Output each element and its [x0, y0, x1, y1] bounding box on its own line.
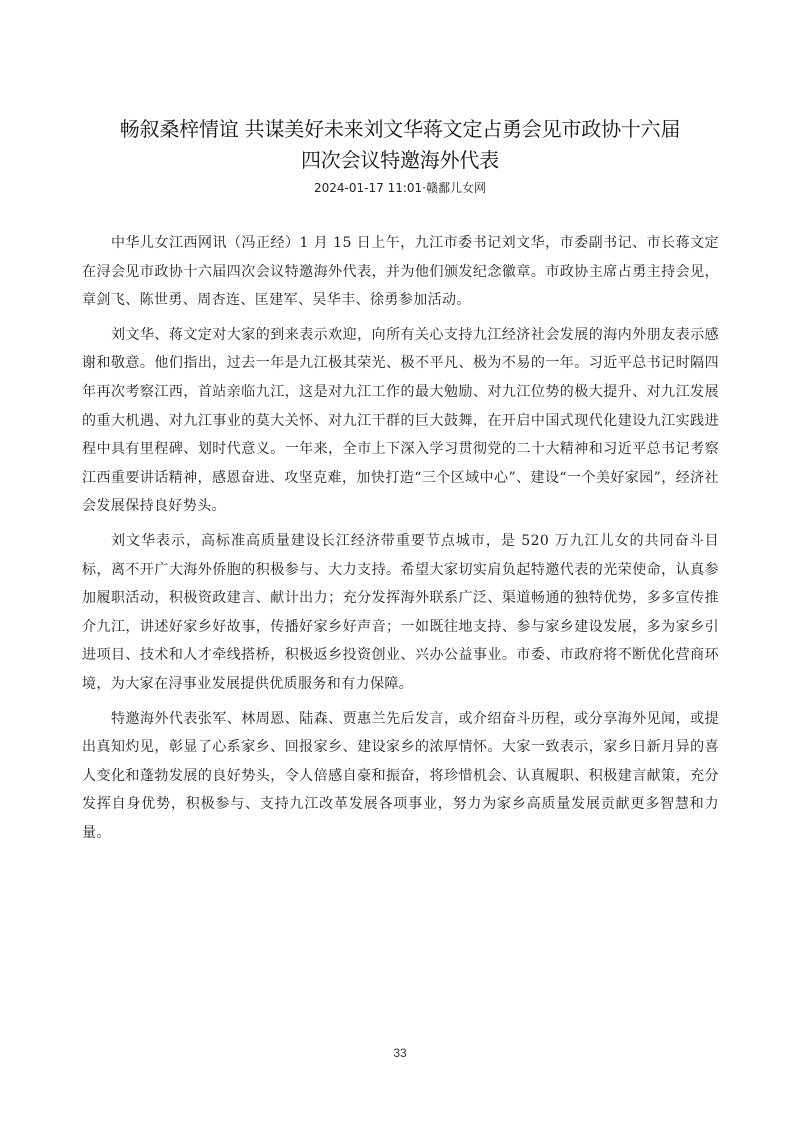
paragraph: 特邀海外代表张军、林周恩、陆森、贾惠兰先后发言，或介绍奋斗历程，或分享海外见闻，…	[82, 705, 719, 848]
article-byline: 2024-01-17 11:01·赣鄱儿女网	[60, 179, 740, 197]
article-title-line-2: 四次会议特邀海外代表	[60, 145, 740, 175]
document-page: 畅叙桑梓情谊 共谋美好未来刘文华蒋文定占勇会见市政协十六届 四次会议特邀海外代表…	[0, 0, 800, 1131]
paragraph: 中华儿女江西网讯（冯正经）1 月 15 日上午，九江市委书记刘文华，市委副书记、…	[82, 229, 719, 315]
paragraph: 刘文华表示，高标准高质量建设长江经济带重要节点城市，是 520 万九江儿女的共同…	[82, 527, 719, 699]
article-body: 中华儿女江西网讯（冯正经）1 月 15 日上午，九江市委书记刘文华，市委副书记、…	[82, 229, 719, 853]
article-title-line-1: 畅叙桑梓情谊 共谋美好未来刘文华蒋文定占勇会见市政协十六届	[60, 114, 740, 144]
paragraph: 刘文华、蒋文定对大家的到来表示欢迎，向所有关心支持九江经济社会发展的海内外朋友表…	[82, 321, 719, 521]
page-number: 33	[370, 1046, 430, 1060]
